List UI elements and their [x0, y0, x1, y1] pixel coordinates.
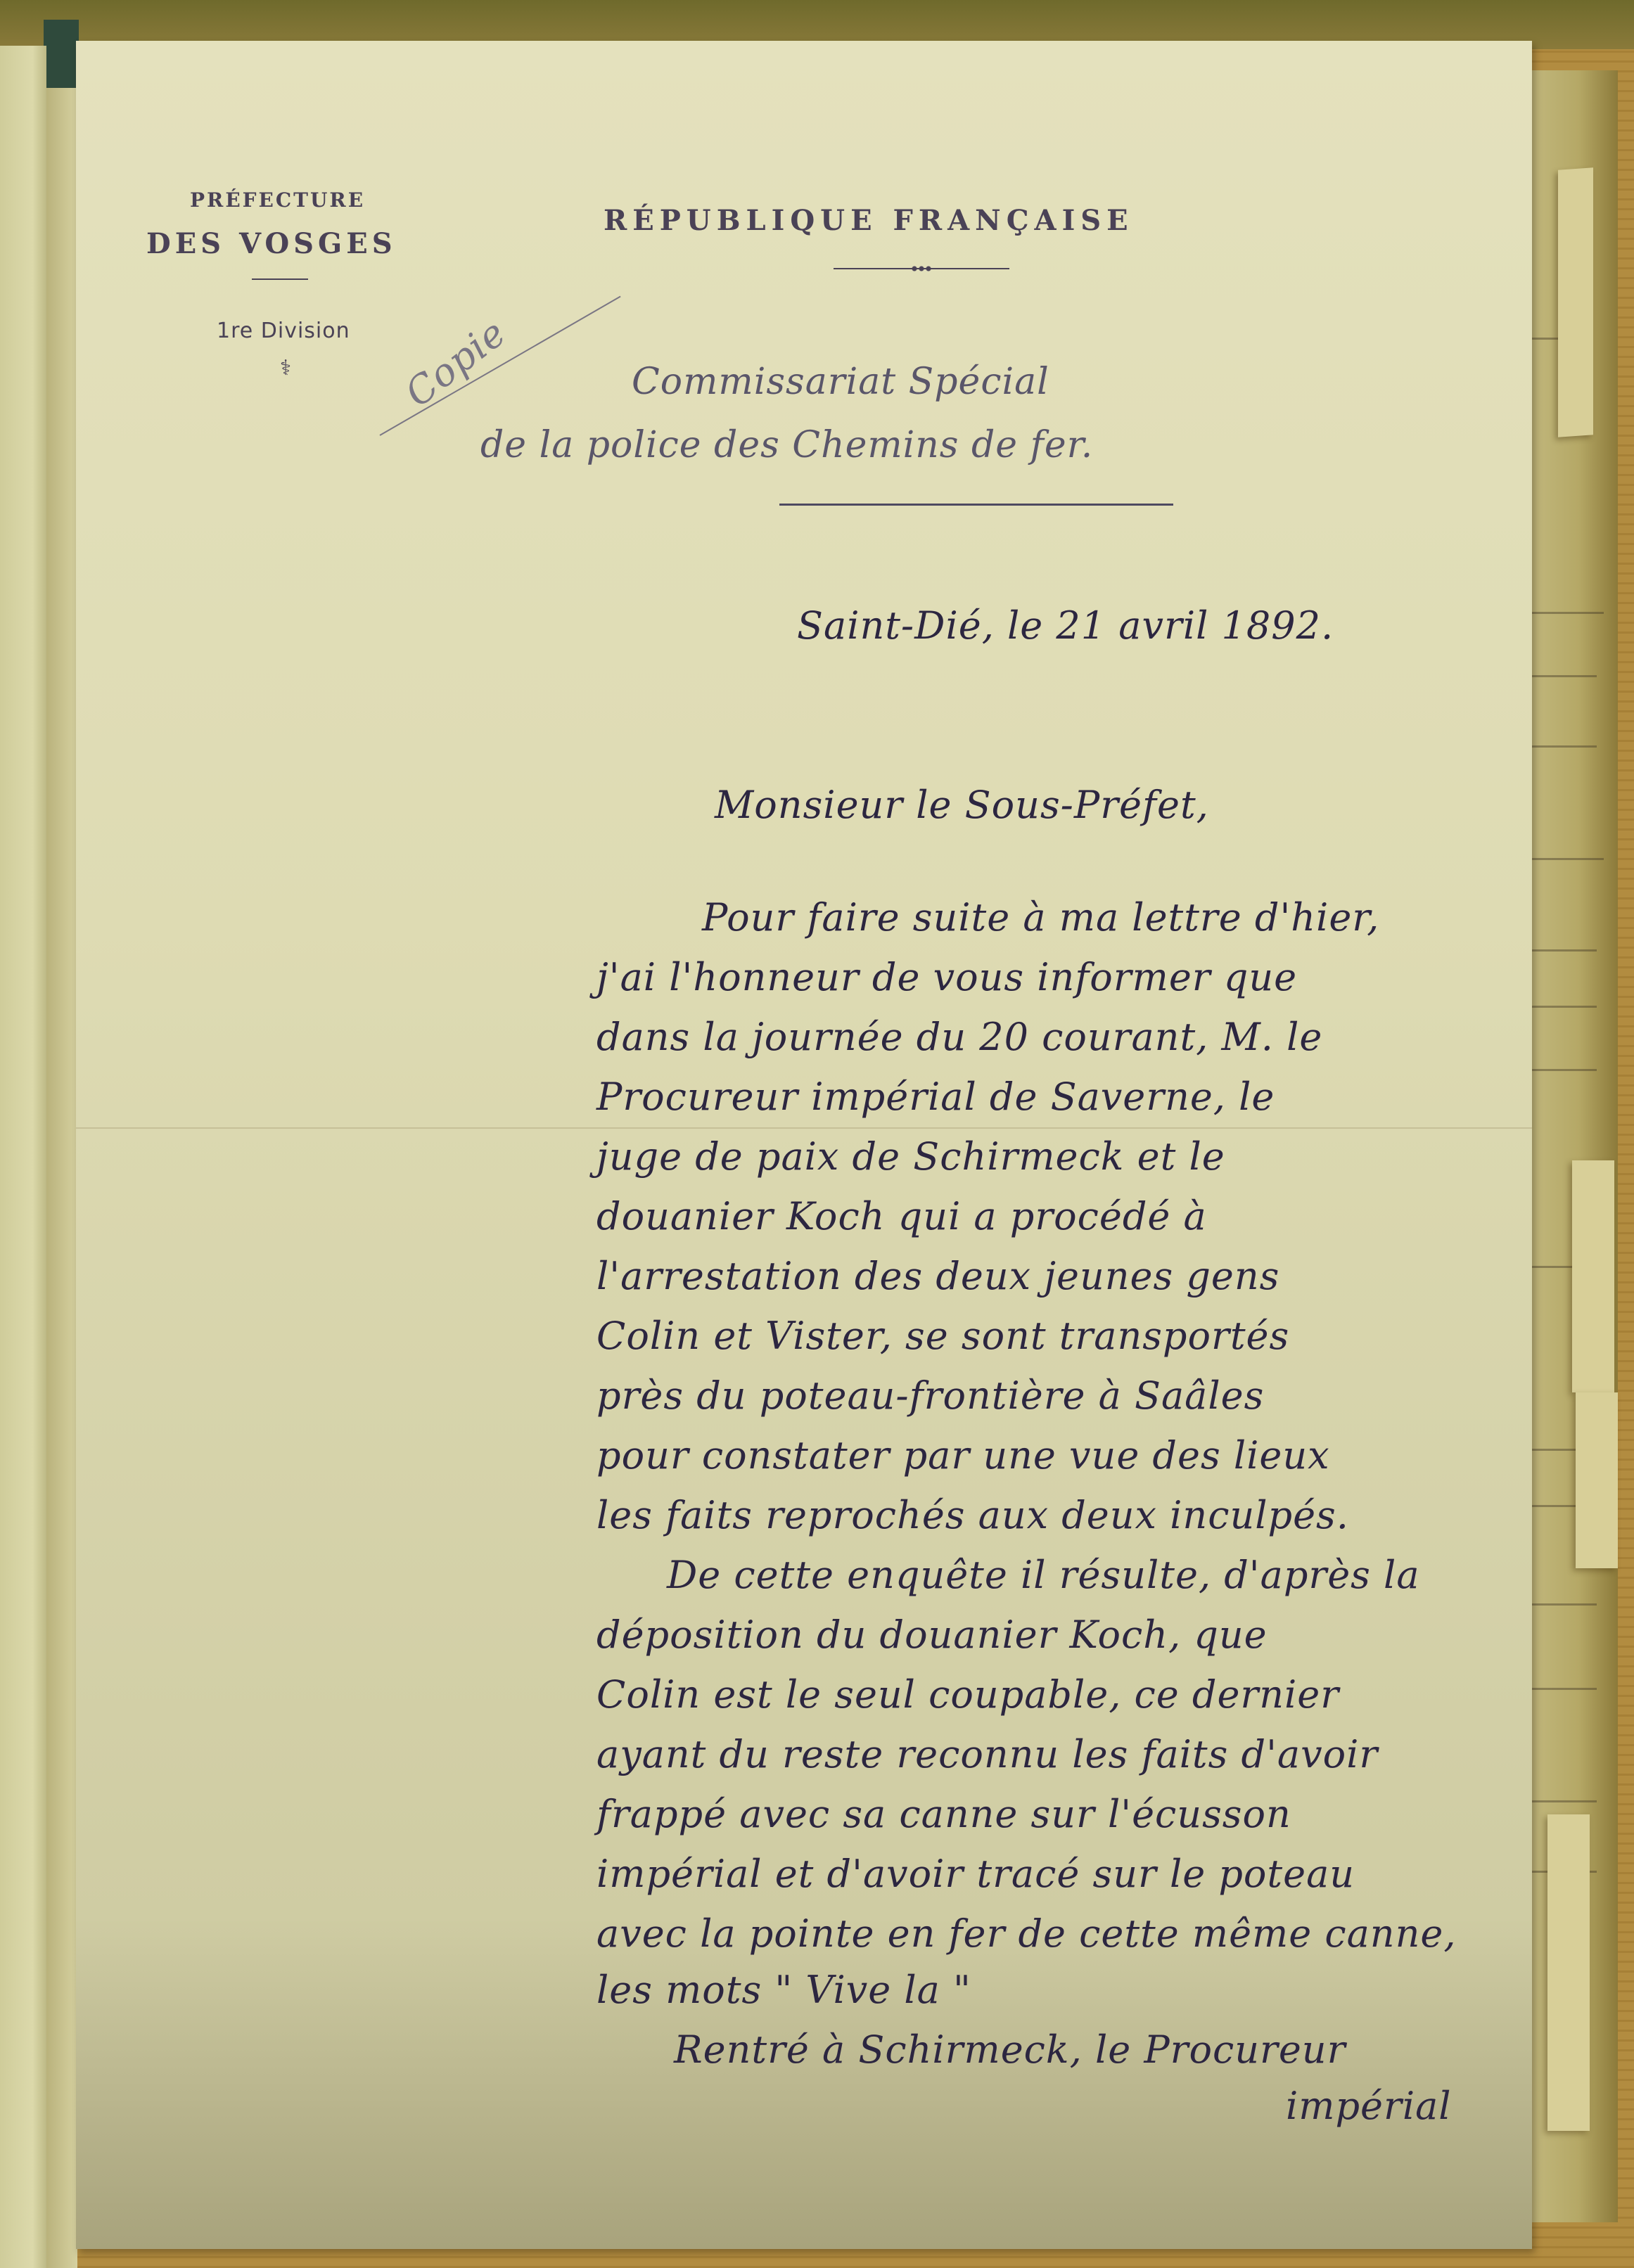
body-line: près du poteau-frontière à Saâles: [596, 1373, 1264, 1418]
body-line: l'arrestation des deux jeunes gens: [596, 1254, 1279, 1298]
left-sheet-edge: [46, 88, 77, 2268]
folded-tab: [1558, 167, 1593, 437]
sender-underline: [779, 504, 1173, 506]
body-line: déposition du douanier Koch, que: [596, 1613, 1268, 1657]
binder-gap: [44, 20, 79, 90]
copie-annotation: Copie: [397, 310, 514, 416]
body-line: dans la journée du 20 courant, M. le: [596, 1015, 1322, 1059]
republic-header: RÉPUBLIQUE FRANÇAISE: [604, 204, 1134, 237]
sender-line-1: Commissariat Spécial: [632, 361, 1049, 403]
body-line: j'ai l'honneur de vous informer que: [596, 955, 1297, 999]
folded-tab: [1547, 1814, 1590, 2131]
body-line: les mots " Vive la ": [596, 1968, 971, 2012]
body-line: Colin et Vister, se sont transportés: [596, 1314, 1289, 1358]
body-line: douanier Koch qui a procédé à: [596, 1194, 1207, 1238]
body-line: avec la pointe en fer de cette même cann…: [596, 1911, 1457, 1956]
letter-page: PRÉFECTURE DES VOSGES 1re Division ⚕ RÉP…: [76, 41, 1532, 2249]
body-line: impérial et d'avoir tracé sur le poteau: [596, 1852, 1355, 1896]
salutation: Monsieur le Sous-Préfet,: [715, 783, 1209, 827]
body-line: Pour faire suite à ma lettre d'hier,: [702, 895, 1379, 940]
prefecture-label: PRÉFECTURE: [190, 188, 365, 212]
folded-tab: [1576, 1392, 1618, 1568]
body-line: De cette enquête il résulte, d'après la: [667, 1553, 1420, 1597]
coat-of-arms-icon: ⚕: [276, 355, 295, 382]
body-line: Procureur impérial de Saverne, le: [596, 1075, 1275, 1119]
date-line: Saint-Dié, le 21 avril 1892.: [797, 603, 1334, 648]
republic-rule: [834, 268, 1009, 269]
prefecture-name: DES VOSGES: [146, 227, 397, 260]
body-line: impérial: [1286, 2084, 1452, 2128]
folded-tab: [1572, 1160, 1614, 1392]
body-line: les faits reprochés aux deux inculpés.: [596, 1493, 1349, 1537]
body-line: juge de paix de Schirmeck et le: [596, 1134, 1225, 1179]
body-line: frappé avec sa canne sur l'écusson: [596, 1792, 1291, 1836]
body-line: pour constater par une vue des lieux: [596, 1433, 1330, 1478]
body-line: ayant du reste reconnu les faits d'avoir: [596, 1732, 1378, 1776]
sender-line-2: de la police des Chemins de fer.: [480, 424, 1093, 466]
left-adjacent-sheet: [0, 46, 46, 2268]
division-label: 1re Division: [217, 319, 350, 343]
paper-fold: [76, 1127, 1532, 1129]
body-line: Colin est le seul coupable, ce dernier: [596, 1672, 1339, 1717]
body-line: Rentré à Schirmeck, le Procureur: [674, 2027, 1346, 2072]
letterhead-rule-left: [252, 278, 308, 280]
